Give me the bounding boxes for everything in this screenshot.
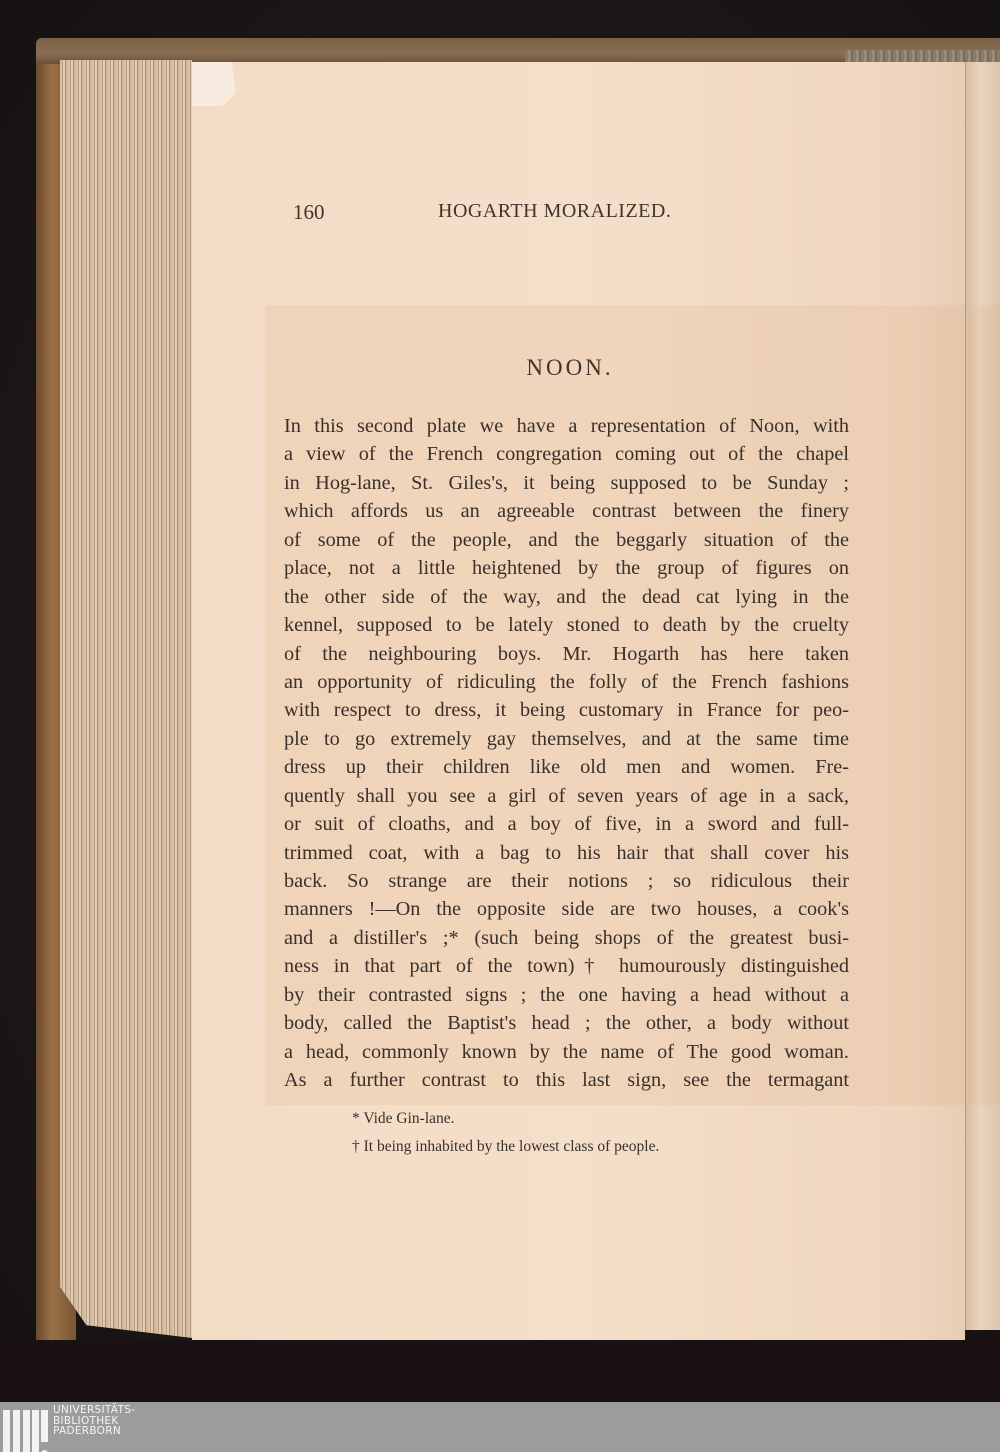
chapter-title: NOON. (470, 355, 670, 381)
text-line: kennel, supposed to be lately stoned to … (284, 611, 849, 639)
text-line: body, called the Baptist's head ; the ot… (284, 1009, 849, 1037)
text-line: of the neighbouring boys. Mr. Hogarth ha… (284, 640, 849, 668)
text-line: ple to go extremely gay themselves, and … (284, 725, 849, 753)
library-logo-text: UNIVERSITÄTS- BIBLIOTHEK PADERBORN (53, 1405, 135, 1437)
footnote-dagger: † It being inhabited by the lowest class… (352, 1133, 802, 1161)
text-line: back. So strange are their notions ; so … (284, 867, 849, 895)
body-text: In this second plate we have a represent… (284, 412, 849, 1095)
text-line: ness in that part of the town)† humourou… (284, 952, 849, 980)
running-head: 160 HOGARTH MORALIZED. (293, 196, 743, 230)
logo-line: PADERBORN (53, 1426, 135, 1437)
text-line: a view of the French congregation coming… (284, 440, 849, 468)
text-line: a head, commonly known by the name of Th… (284, 1038, 849, 1066)
running-title: HOGARTH MORALIZED. (438, 200, 671, 223)
text-line: or suit of cloaths, and a boy of five, i… (284, 810, 849, 838)
text-line: an opportunity of ridiculing the folly o… (284, 668, 849, 696)
text-line: quently shall you see a girl of seven ye… (284, 782, 849, 810)
text-line: by their contrasted signs ; the one havi… (284, 981, 849, 1009)
text-line: which affords us an agreeable contrast b… (284, 497, 849, 525)
text-line: As a further contrast to this last sign,… (284, 1066, 849, 1094)
text-line: and a distiller's ;* (such being shops o… (284, 924, 849, 952)
text-line: manners !—On the opposite side are two h… (284, 895, 849, 923)
logo-line: UNIVERSITÄTS- (53, 1405, 135, 1416)
text-line: in Hog-lane, St. Giles's, it being suppo… (284, 469, 849, 497)
footnotes: * Vide Gin-lane. † It being inhabited by… (352, 1105, 802, 1161)
text-line: the other side of the way, and the dead … (284, 583, 849, 611)
text-line: of some of the people, and the beggarly … (284, 526, 849, 554)
page-stack-edge (60, 60, 192, 1338)
text-line: trimmed coat, with a bag to his hair tha… (284, 839, 849, 867)
library-footer-bar: UNIVERSITÄTS- BIBLIOTHEK PADERBORN (0, 1402, 1000, 1452)
text-line: dress up their children like old men and… (284, 753, 849, 781)
text-line: In this second plate we have a represent… (284, 412, 849, 440)
footnote-asterisk: * Vide Gin-lane. (352, 1105, 802, 1133)
text-line: with respect to dress, it being customar… (284, 696, 849, 724)
page-corner-tab (192, 62, 236, 106)
text-line: place, not a little heightened by the gr… (284, 554, 849, 582)
scan-background-bottom (0, 1340, 1000, 1402)
page-number: 160 (293, 200, 325, 225)
